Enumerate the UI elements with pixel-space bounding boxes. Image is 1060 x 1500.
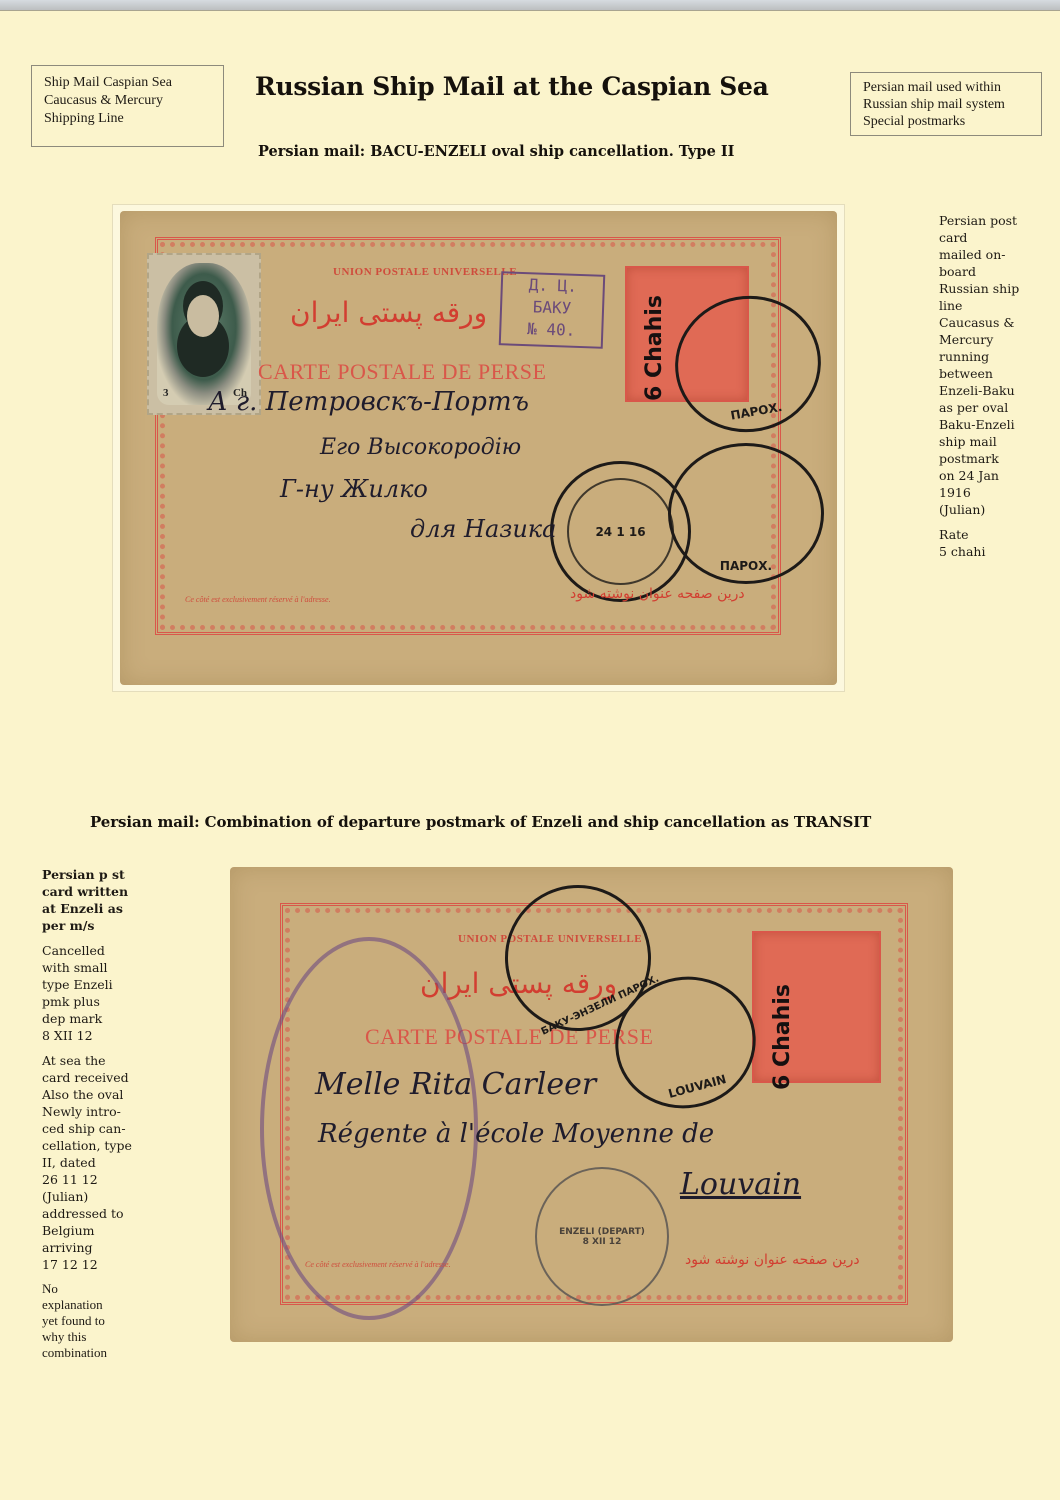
surcharge-overprint: 6 Chahis [770,984,795,1090]
card-footnote-persian: درین صفحه عنوان نوشته شود [685,1252,860,1268]
info-line: Ship Mail Caspian Sea [44,74,211,92]
note-paragraph: Cancelled with small type Enzeli pmk plu… [42,942,150,1044]
note-heading: Persian p st card written at Enzeli as p… [42,866,150,934]
surcharge-overprint: 6 Chahis [642,295,667,401]
info-line: Special postmarks [863,113,1029,130]
postmark-text: LOUVAIN [667,1072,728,1101]
carte-label: CARTE POSTALE DE PERSE [258,359,546,385]
section2-heading: Persian mail: Combination of departure p… [90,813,871,831]
section2-notes: Persian p st card written at Enzeli as p… [42,866,150,1369]
info-box-left: Ship Mail Caspian Sea Caucasus & Mercury… [31,65,224,147]
info-box-right: Persian mail used within Russian ship ma… [850,72,1042,136]
card-footnote: Ce côté est exclusivement réservé à l'ad… [305,1260,451,1269]
address-line: Его Высокородію [320,435,521,460]
address-line: Régente à l'école Moyenne de [318,1119,714,1149]
top-edge [0,0,1060,11]
address-line: Melle Rita Carleer [315,1067,596,1102]
enzeli-departure-postmark: ENZELI (DEPART) 8 XII 12 [535,1167,669,1306]
box-cancellation: Д. Ц. БАКУ № 40. [499,271,606,349]
info-line: Persian mail used within [863,79,1029,96]
note-paragraph: No explanation yet found to why this com… [42,1281,150,1361]
card-footnote-persian: درین صفحه عنوان نوشته شود [570,586,745,602]
upu-label: UNION POSTALE UNIVERSELLE [333,266,517,278]
postcard-2: UNION POSTALE UNIVERSELLE ورقه پستی ایرا… [230,867,953,1342]
postmark-oval-ship: ПАРОХ. [668,443,824,584]
portrait-icon [187,295,219,337]
page-title: Russian Ship Mail at the Caspian Sea [255,72,825,101]
postmark-ring [567,478,674,585]
card-footnote: Ce côté est exclusivement réservé à l'ad… [185,595,331,604]
postmark-text: ENZELI (DEPART) 8 XII 12 [557,1227,647,1247]
address-line: Г-ну Жилко [280,475,428,503]
info-line: Shipping Line [44,110,211,128]
persian-title: ورقه پستی ایران [290,296,487,329]
note-paragraph: Persian post card mailed on- board Russi… [939,212,1039,518]
cancel-line: № 40. [501,317,602,342]
section1-heading: Persian mail: BACU-ENZELI oval ship canc… [258,143,734,160]
postcard-1: 3 Ch UNION POSTALE UNIVERSELLE ورقه پستی… [120,211,837,685]
note-paragraph: Rate 5 chahi [939,526,1039,560]
note-paragraph: At sea the card received Also the oval N… [42,1052,150,1273]
postmark-text: ПАРОХ. [720,559,772,573]
address-line: А г. Петровскъ-Портъ [208,387,529,417]
stamp-value: 3 [163,387,169,399]
address-line: Louvain [680,1167,801,1202]
info-line: Russian ship mail system [863,96,1029,113]
address-line: для Назика [410,515,556,543]
section1-notes: Persian post card mailed on- board Russi… [939,212,1039,568]
postmark-text: ПАРОХ. [729,400,783,423]
info-line: Caucasus & Mercury [44,92,211,110]
